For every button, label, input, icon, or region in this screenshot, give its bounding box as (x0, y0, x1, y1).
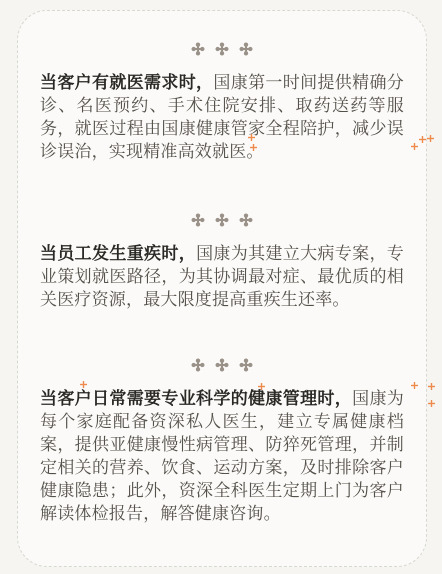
section-paragraph: 当客户有就医需求时，国康第一时间提供精确分诊、名医预约、手术住院安排、取药送药等… (40, 71, 404, 163)
clover-cross-icon (191, 358, 205, 372)
clover-cross-icon (239, 213, 253, 227)
clover-cross-icon (191, 42, 205, 56)
service-card: 当客户有就医需求时，国康第一时间提供精确分诊、名医预约、手术住院安排、取药送药等… (17, 10, 427, 567)
clover-cross-icon (191, 213, 205, 227)
section-divider (40, 42, 404, 56)
paragraph-lead: 当客户日常需要专业科学的健康管理时， (40, 389, 352, 408)
sparkle-icon (428, 383, 435, 390)
clover-cross-icon (215, 42, 229, 56)
paragraph-lead: 当客户有就医需求时， (40, 73, 213, 92)
section-paragraph: 当员工发生重疾时，国康为其建立大病专案，专业策划就医路径，为其协调最对症、最优质… (40, 242, 404, 311)
section-paragraph: 当客户日常需要专业科学的健康管理时，国康为每个家庭配备资深私人医生，建立专属健康… (40, 387, 404, 525)
section-divider (40, 358, 404, 372)
page: 当客户有就医需求时，国康第一时间提供精确分诊、名医预约、手术住院安排、取药送药等… (0, 0, 442, 574)
clover-cross-icon (239, 358, 253, 372)
paragraph-lead: 当员工发生重疾时， (40, 244, 196, 263)
sparkle-icon (427, 135, 434, 142)
sparkle-icon (428, 400, 435, 407)
clover-cross-icon (215, 213, 229, 227)
paragraph-body: 国康为每个家庭配备资深私人医生，建立专属健康档案，提供亚健康慢性病管理、防猝死管… (40, 389, 404, 523)
section-divider (40, 213, 404, 227)
clover-cross-icon (215, 358, 229, 372)
clover-cross-icon (239, 42, 253, 56)
